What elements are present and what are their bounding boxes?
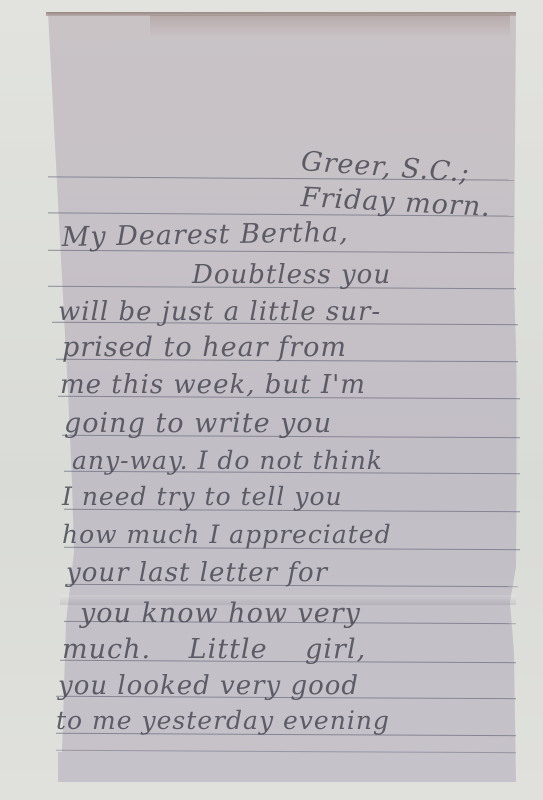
letter-body-line: me this week, but I'm — [60, 370, 366, 400]
letter-salutation: My Dearest Bertha, — [61, 217, 349, 253]
letter-body-line: I need try to tell you — [62, 482, 343, 511]
letter-body-line: much. Little girl, — [62, 634, 366, 665]
letter-body-line: will be just a little sur- — [58, 297, 381, 327]
letter-body-line: to me yesterday evening — [56, 706, 390, 735]
letter-body-line: any-way. I do not think — [72, 446, 383, 475]
letter-body-line: how much I appreciated — [62, 520, 392, 549]
paper-stain — [150, 15, 510, 37]
letter-body-line: prised to hear from — [62, 332, 347, 363]
letter-body-line: Doubtless you — [192, 260, 391, 290]
letter-body-line: you looked very good — [58, 671, 359, 701]
letter-body-line: your last letter for — [66, 558, 328, 588]
letter-body-line: going to write you — [64, 408, 332, 439]
letter-body-line: you know how very — [80, 598, 361, 629]
